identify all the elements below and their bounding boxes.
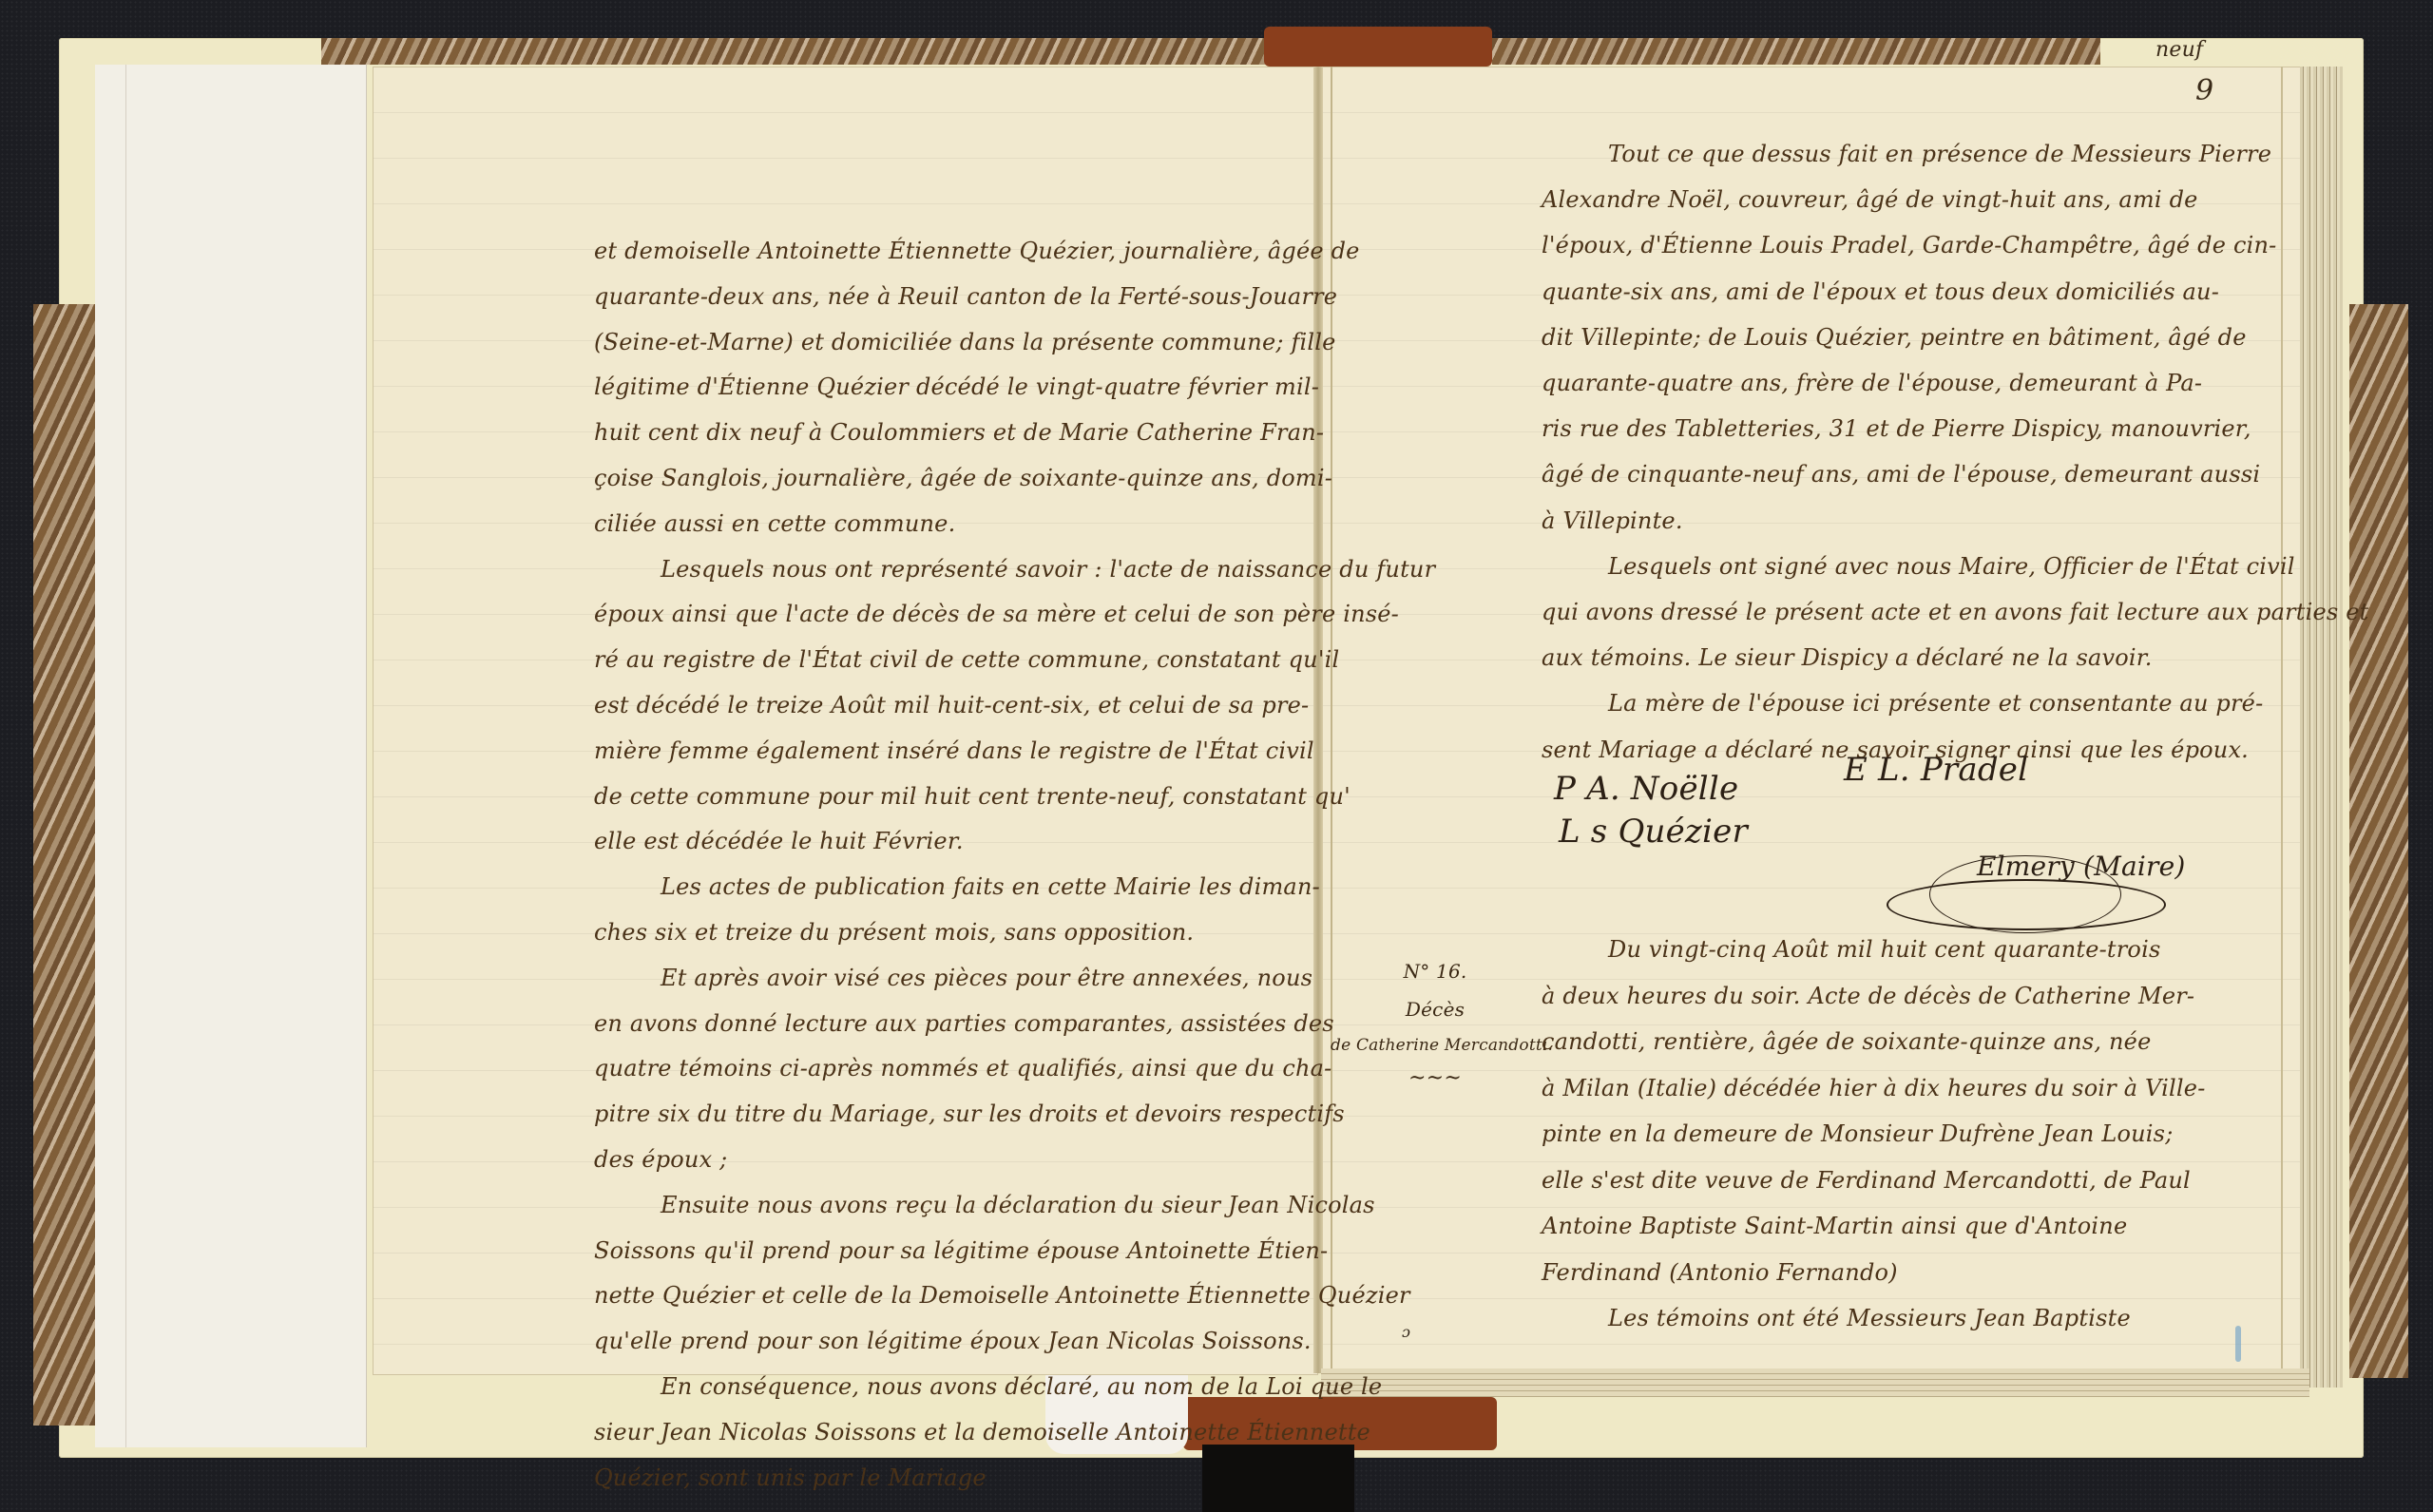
right-page-bottom-line: Antoine Baptiste Saint-Martin ainsi que …: [1542, 1213, 2127, 1239]
right-page-bottom-line: Ferdinand (Antonio Fernando): [1542, 1259, 1898, 1286]
right-page-bottom-line: elle s'est dite veuve de Ferdinand Merca…: [1542, 1167, 2191, 1194]
right-page-top-line: Alexandre Noël, couvreur, âgé de vingt-h…: [1542, 186, 2198, 213]
left-page-line: En conséquence, nous avons déclaré, au n…: [594, 1373, 1382, 1400]
folio-word: neuf: [2155, 38, 2203, 62]
right-page-bottom-line: à deux heures du soir. Acte de décès de …: [1542, 983, 2194, 1009]
left-page-line: Soissons qu'il prend pour sa légitime ép…: [594, 1237, 1328, 1264]
left-page-line: sieur Jean Nicolas Soissons et la demois…: [594, 1419, 1370, 1445]
right-page-top-line: quante-six ans, ami de l'époux et tous d…: [1542, 278, 2219, 305]
mayor-paraph-flourish-2: [1929, 855, 2121, 933]
left-page-line: nette Quézier et celle de la Demoiselle …: [594, 1282, 1410, 1309]
signature-noel: P A. Noëlle: [1554, 770, 1738, 808]
left-page-line: elle est décédée le huit Février.: [594, 828, 964, 854]
left-page-line: Lesquels nous ont représenté savoir : l'…: [594, 556, 1435, 583]
left-page-line: ciliée aussi en cette commune.: [594, 510, 955, 537]
marbled-endpaper-left-edge: [33, 304, 95, 1426]
left-page-line: en avons donné lecture aux parties compa…: [594, 1010, 1334, 1037]
left-page-line: çoise Sanglois, journalière, âgée de soi…: [594, 465, 1332, 491]
folio-number: 9: [2195, 74, 2213, 107]
right-page-top-line: Lesquels ont signé avec nous Maire, Offi…: [1542, 553, 2295, 580]
left-page-line: qu'elle prend pour son légitime époux Je…: [594, 1328, 1312, 1354]
left-page-line: légitime d'Étienne Quézier décédé le vin…: [594, 373, 1319, 400]
right-page-top-line: La mère de l'épouse ici présente et cons…: [1542, 690, 2263, 717]
left-page-line: quatre témoins ci-après nommés et qualif…: [594, 1055, 1331, 1081]
right-page-top-line: à Villepinte.: [1542, 507, 1683, 534]
right-page-bottom-line: Du vingt-cinq Août mil huit cent quarant…: [1542, 936, 2160, 963]
right-page-top-line: qui avons dressé le présent acte et en a…: [1542, 599, 2369, 625]
left-page-line: Les actes de publication faits en cette …: [594, 873, 1320, 900]
margin-note-flourish: ~~~: [1331, 1066, 1540, 1090]
page-block-edges: [2300, 67, 2343, 1388]
right-page-bottom-line: Les témoins ont été Messieurs Jean Bapti…: [1542, 1305, 2131, 1331]
signature-quezier: L s Quézier: [1559, 813, 1748, 851]
left-page-line: huit cent dix neuf à Coulommiers et de M…: [594, 419, 1324, 446]
right-page-top-line: âgé de cinquante-neuf ans, ami de l'épou…: [1542, 461, 2260, 488]
marbled-endpaper-top-right: [1492, 38, 2100, 65]
left-page-line: époux ainsi que l'acte de décès de sa mè…: [594, 601, 1399, 627]
left-page-line: des époux ;: [594, 1146, 727, 1173]
signature-pradel: E L. Pradel: [1844, 751, 2028, 789]
left-page-line: ré au registre de l'État civil de cette …: [594, 646, 1339, 673]
right-page-bottom-line: à Milan (Italie) décédée hier à dix heur…: [1542, 1075, 2206, 1101]
blue-pencil-mark: [2235, 1326, 2241, 1362]
marbled-endpaper-right-edge: [2349, 304, 2408, 1378]
right-page-edge-rule: [2281, 67, 2283, 1373]
left-page-line: Ensuite nous avons reçu la déclaration d…: [594, 1192, 1375, 1218]
left-page-line: Et après avoir visé ces pièces pour être…: [594, 965, 1312, 991]
page-block-bottom: [1321, 1368, 2309, 1397]
left-page-line: (Seine-et-Marne) et domiciliée dans la p…: [594, 329, 1336, 355]
left-page-line: pitre six du titre du Mariage, sur les d…: [594, 1101, 1345, 1127]
margin-note-number: N° 16.: [1331, 960, 1540, 983]
right-page-top-line: l'époux, d'Étienne Louis Pradel, Garde-C…: [1542, 232, 2276, 258]
left-page-line: ches six et treize du présent mois, sans…: [594, 919, 1194, 946]
right-page-bottom-line: candotti, rentière, âgée de soixante-qui…: [1542, 1028, 2151, 1055]
marbled-endpaper-top-left: [321, 38, 1281, 65]
page-mark-small: ɔ: [1402, 1323, 1410, 1341]
right-page-top-line: ris rue des Tabletteries, 31 et de Pierr…: [1542, 415, 2251, 442]
left-page-line: quarante-deux ans, née à Reuil canton de…: [594, 283, 1337, 310]
margin-note-title: Décès: [1331, 998, 1540, 1021]
left-page-line: est décédé le treize Août mil huit-cent-…: [594, 692, 1309, 718]
right-page-top-line: Tout ce que dessus fait en présence de M…: [1542, 141, 2271, 167]
left-page-line: de cette commune pour mil huit cent tren…: [594, 783, 1351, 810]
spine-shadow-bottom: [1202, 1445, 1354, 1512]
leather-strap-top: [1264, 27, 1492, 67]
left-page-line: mière femme également inséré dans le reg…: [594, 737, 1314, 764]
right-page-top-line: dit Villepinte; de Louis Quézier, peintr…: [1542, 324, 2247, 351]
margin-note-subject: de Catherine Mercandotti.: [1331, 1036, 1540, 1055]
right-page-bottom-line: pinte en la demeure de Monsieur Dufrène …: [1542, 1120, 2173, 1147]
left-page-line: et demoiselle Antoinette Étiennette Quéz…: [594, 238, 1360, 264]
left-page-line: Quézier, sont unis par le Mariage: [594, 1464, 987, 1491]
right-page-top-line: aux témoins. Le sieur Dispicy a déclaré …: [1542, 644, 2153, 671]
left-flyleaf: [95, 65, 367, 1447]
flyleaf-fold-line: [125, 65, 126, 1447]
right-page-top-line: quarante-quatre ans, frère de l'épouse, …: [1542, 370, 2202, 396]
